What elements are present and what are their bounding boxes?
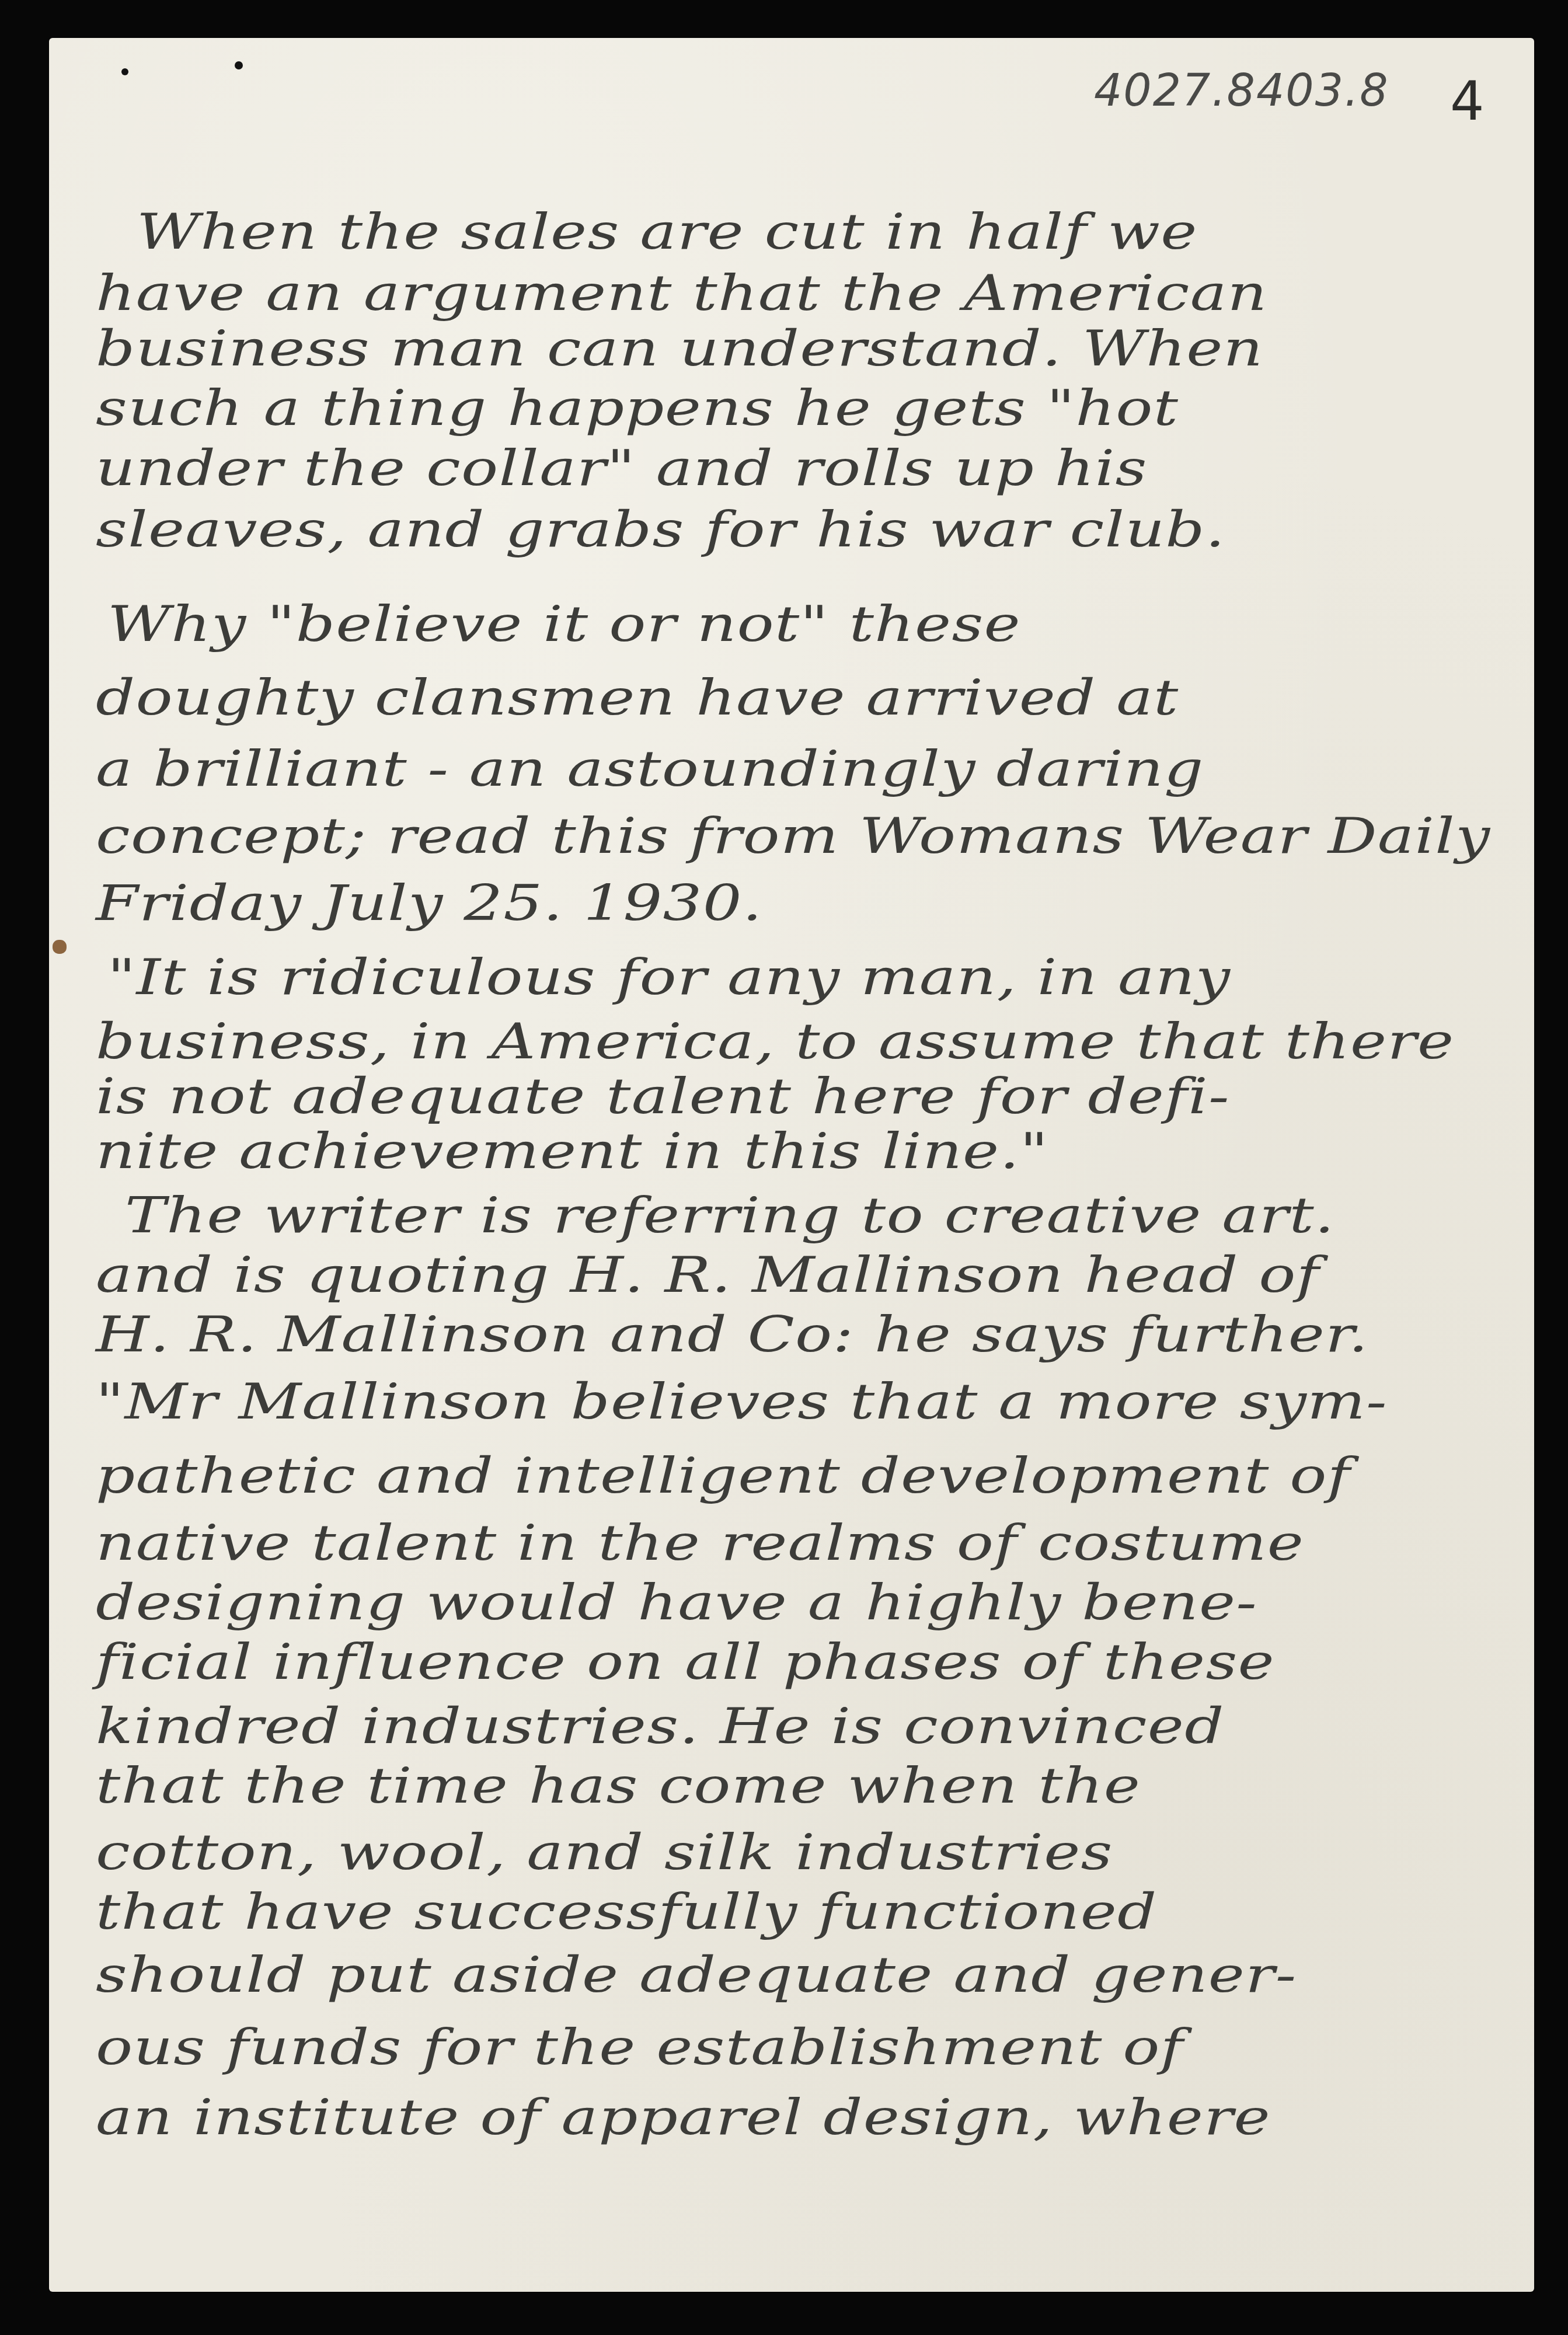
handwritten-line: ous funds for the establishment of — [96, 2023, 1184, 2072]
handwritten-line: an institute of apparel design, where — [96, 2093, 1271, 2142]
handwritten-line: When the sales are cut in half we — [137, 207, 1198, 256]
handwritten-line: doughty clansmen have arrived at — [96, 673, 1179, 722]
handwritten-line: H. R. Mallinson and Co: he says further. — [96, 1310, 1369, 1359]
handwritten-line: such a thing happens he gets "hot — [96, 384, 1179, 433]
handwritten-text: When the sales are cut in half wehave an… — [49, 38, 1534, 2292]
handwritten-line: pathetic and intelligent development of — [96, 1451, 1351, 1500]
handwritten-line: nite achievement in this line." — [96, 1127, 1049, 1176]
handwritten-line: under the collar" and rolls up his — [96, 444, 1148, 493]
handwritten-line: should put aside adequate and gener- — [96, 1950, 1297, 1999]
handwritten-line: native talent in the realms of costume — [96, 1518, 1304, 1567]
handwritten-line: is not adequate talent here for defi- — [96, 1072, 1230, 1121]
handwritten-line: Friday July 25. 1930. — [96, 879, 762, 928]
handwritten-line: ficial influence on all phases of these — [96, 1637, 1275, 1686]
handwritten-line: business man can understand. When — [96, 324, 1263, 373]
handwritten-line: that the time has come when the — [96, 1761, 1141, 1810]
handwritten-line: "It is ridiculous for any man, in any — [107, 953, 1231, 1002]
handwritten-line: sleaves, and grabs for his war club. — [96, 505, 1225, 554]
handwritten-line: kindred industries. He is convinced — [96, 1702, 1225, 1751]
handwritten-line: The writer is referring to creative art. — [125, 1191, 1335, 1240]
handwritten-line: business, in America, to assume that the… — [96, 1017, 1454, 1066]
handwritten-line: and is quoting H. R. Mallinson head of — [96, 1250, 1320, 1299]
handwritten-line: have an argument that the American — [96, 269, 1267, 318]
handwritten-line: Why "believe it or not" these — [107, 600, 1021, 649]
handwritten-line: "Mr Mallinson believes that a more sym- — [96, 1377, 1388, 1426]
handwritten-line: cotton, wool, and silk industries — [96, 1828, 1113, 1877]
handwritten-line: that have successfully functioned — [96, 1887, 1158, 1936]
manuscript-page: 4027.8403.8 4 When the sales are cut in … — [49, 38, 1534, 2292]
handwritten-line: designing would have a highly bene- — [96, 1578, 1257, 1627]
handwritten-line: a brilliant - an astoundingly daring — [96, 744, 1204, 793]
handwritten-line: concept; read this from Womans Wear Dail… — [96, 811, 1491, 860]
